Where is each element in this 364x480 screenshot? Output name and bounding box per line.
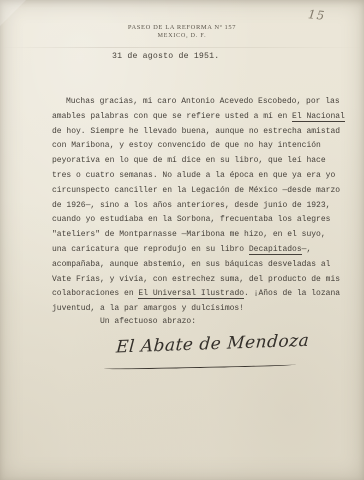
letter-date: 31 de agosto de 1951. — [112, 52, 219, 61]
body-text: circunspecto canciller en la Legación de… — [52, 186, 340, 195]
page-number: 15 — [307, 7, 326, 23]
letterhead-address: PASEO DE LA REFORMA Nº 157 — [0, 23, 364, 32]
body-text: con Maribona, y estoy convencido de que … — [52, 141, 321, 150]
body-text: colaboraciones en — [52, 289, 138, 298]
body-text: juventud, a la par amargos y dulcísimos! — [52, 304, 244, 313]
body-text: "ateliers" de Montparnasse —Maribona me … — [52, 230, 326, 239]
body-text: Vate Frías, y vivía, con estrechez suma,… — [52, 275, 340, 284]
body-line: amables palabras con que se refiere uste… — [52, 110, 348, 125]
body-line: circunspecto canciller en la Legación de… — [52, 184, 348, 199]
body-text: —, — [302, 245, 312, 254]
body-line: Vate Frías, y vivía, con estrechez suma,… — [52, 273, 348, 288]
body-line: una caricatura que reprodujo en su libro… — [52, 243, 348, 258]
body-text: una caricatura que reprodujo en su libro — [52, 245, 249, 254]
signature-underline — [104, 363, 296, 370]
body-line: cuando yo estudiaba en la Sorbona, frecu… — [52, 213, 348, 228]
letter-closing: Un afectuoso abrazo: — [100, 317, 196, 326]
body-line: con Maribona, y estoy convencido de que … — [52, 139, 348, 154]
body-text: amables palabras con que se refiere uste… — [52, 112, 292, 121]
body-text: de hoy. Siempre he llevado buena, aunque… — [52, 127, 340, 136]
underlined-title: Decapitados — [249, 245, 302, 255]
body-text: acompañaba, aunque abstemio, en sus báqu… — [52, 260, 330, 269]
body-text: Muchas gracias, mi caro Antonio Acevedo … — [66, 97, 340, 106]
body-line: acompañaba, aunque abstemio, en sus báqu… — [52, 258, 348, 273]
body-line: Muchas gracias, mi caro Antonio Acevedo … — [52, 95, 348, 110]
body-line: peyorativa en lo que de mí dice en su li… — [52, 154, 348, 169]
paper-crease — [0, 47, 364, 48]
body-text: tres o cuatro semanas. No alude a la épo… — [52, 171, 335, 180]
body-line: de 1926—, sino a los años anteriores, de… — [52, 199, 348, 214]
underlined-title: El Universal Ilustrado — [138, 289, 244, 299]
body-line: juventud, a la par amargos y dulcísimos! — [52, 302, 348, 317]
letter-page: 15 PASEO DE LA REFORMA Nº 157 MEXICO, D.… — [0, 0, 364, 480]
letterhead-city: MEXICO, D. F. — [0, 32, 364, 40]
body-text: de 1926—, sino a los años anteriores, de… — [52, 201, 330, 210]
signature-handwriting: El Abate de Mendoza — [115, 330, 316, 357]
body-text: . ¡Años de la lozana — [244, 289, 340, 298]
underlined-title: El Nacional — [292, 112, 345, 122]
letterhead: PASEO DE LA REFORMA Nº 157 MEXICO, D. F. — [0, 23, 364, 40]
body-line: de hoy. Siempre he llevado buena, aunque… — [52, 125, 348, 140]
body-text: peyorativa en lo que de mí dice en su li… — [52, 156, 326, 165]
body-line: tres o cuatro semanas. No alude a la épo… — [52, 169, 348, 184]
body-line: colaboraciones en El Universal Ilustrado… — [52, 287, 348, 302]
letter-body: Muchas gracias, mi caro Antonio Acevedo … — [52, 95, 348, 317]
body-line: "ateliers" de Montparnasse —Maribona me … — [52, 228, 348, 243]
body-text: cuando yo estudiaba en la Sorbona, frecu… — [52, 215, 330, 224]
